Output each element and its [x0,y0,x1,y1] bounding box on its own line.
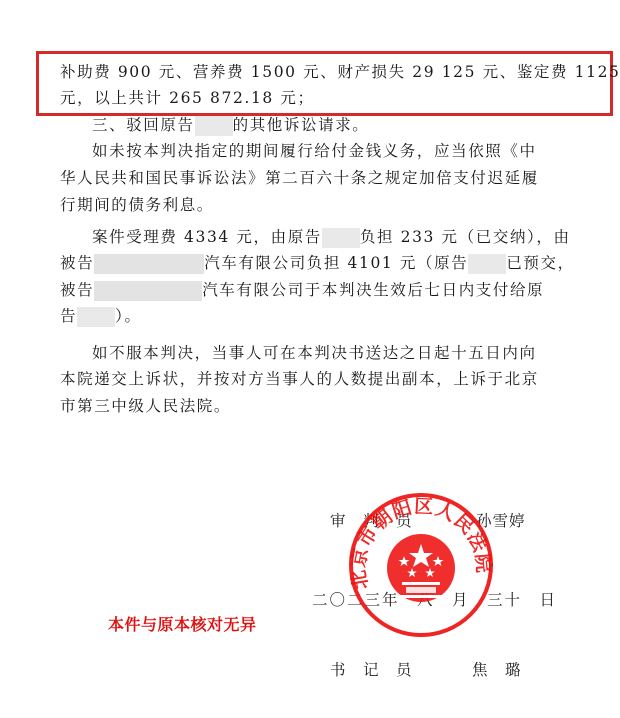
paragraph-dismiss-claims: 三、驳回原告的其他诉讼请求。 [92,114,369,136]
highlight-line-1: 补助费 900 元、营养费 1500 元、财产损失 29 125 元、鉴定费 1… [60,61,620,83]
redacted-company [94,254,204,274]
clerk-name: 焦 璐 [472,658,522,680]
text: 已预交， [506,254,574,272]
paragraph-interest-line-3: 行期间的债务利息。 [60,194,214,216]
text: 三、驳回原告 [92,116,195,134]
text: 被告 [60,254,94,272]
text: 的其他诉讼请求。 [233,116,370,134]
paragraph-interest-line-2: 华人民共和国民事诉讼法》第二百六十条之规定加倍支付迟延履 [60,167,539,189]
certification-stamp-text: 本件与原本核对无异 [108,612,257,635]
text: 案件受理费 4334 元，由原告 [92,228,322,246]
paragraph-appeal-line-2: 本院递交上诉状，并按对方当事人的人数提出副本，上诉于北京 [60,368,539,390]
court-seal-icon: 北京市朝阳区人民法院 [348,492,494,638]
paragraph-fee-line-4: 告）。 [60,305,142,327]
text: 被告 [60,281,94,299]
highlight-line-2: 元，以上共计 265 872.18 元； [60,87,315,109]
paragraph-interest-line-1: 如未按本判决指定的期间履行给付金钱义务，应当依照《中 [92,140,537,162]
text: 告 [60,307,77,325]
paragraph-fee-line-1: 案件受理费 4334 元，由原告负担 233 元（已交纳），由 [92,226,571,248]
text: ）。 [115,307,141,325]
redacted-name [77,307,115,327]
paragraph-appeal-line-3: 市第三中级人民法院。 [60,395,231,417]
text: 汽车有限公司于本判决生效后七日内支付给原 [202,281,544,299]
redacted-name [468,254,506,274]
text: 负担 233 元（已交纳），由 [360,228,571,246]
paragraph-fee-line-3: 被告汽车有限公司于本判决生效后七日内支付给原 [60,279,544,301]
redacted-company [94,281,202,301]
paragraph-fee-line-2: 被告汽车有限公司负担 4101 元（原告已预交， [60,252,575,274]
paragraph-appeal-line-1: 如不服本判决，当事人可在本判决书送达之日起十五日内向 [92,342,537,364]
redacted-name [322,228,360,248]
clerk-title: 书 记 员 [330,658,413,680]
text: 汽车有限公司负担 4101 元（原告 [204,254,468,272]
redacted-name [195,116,233,136]
